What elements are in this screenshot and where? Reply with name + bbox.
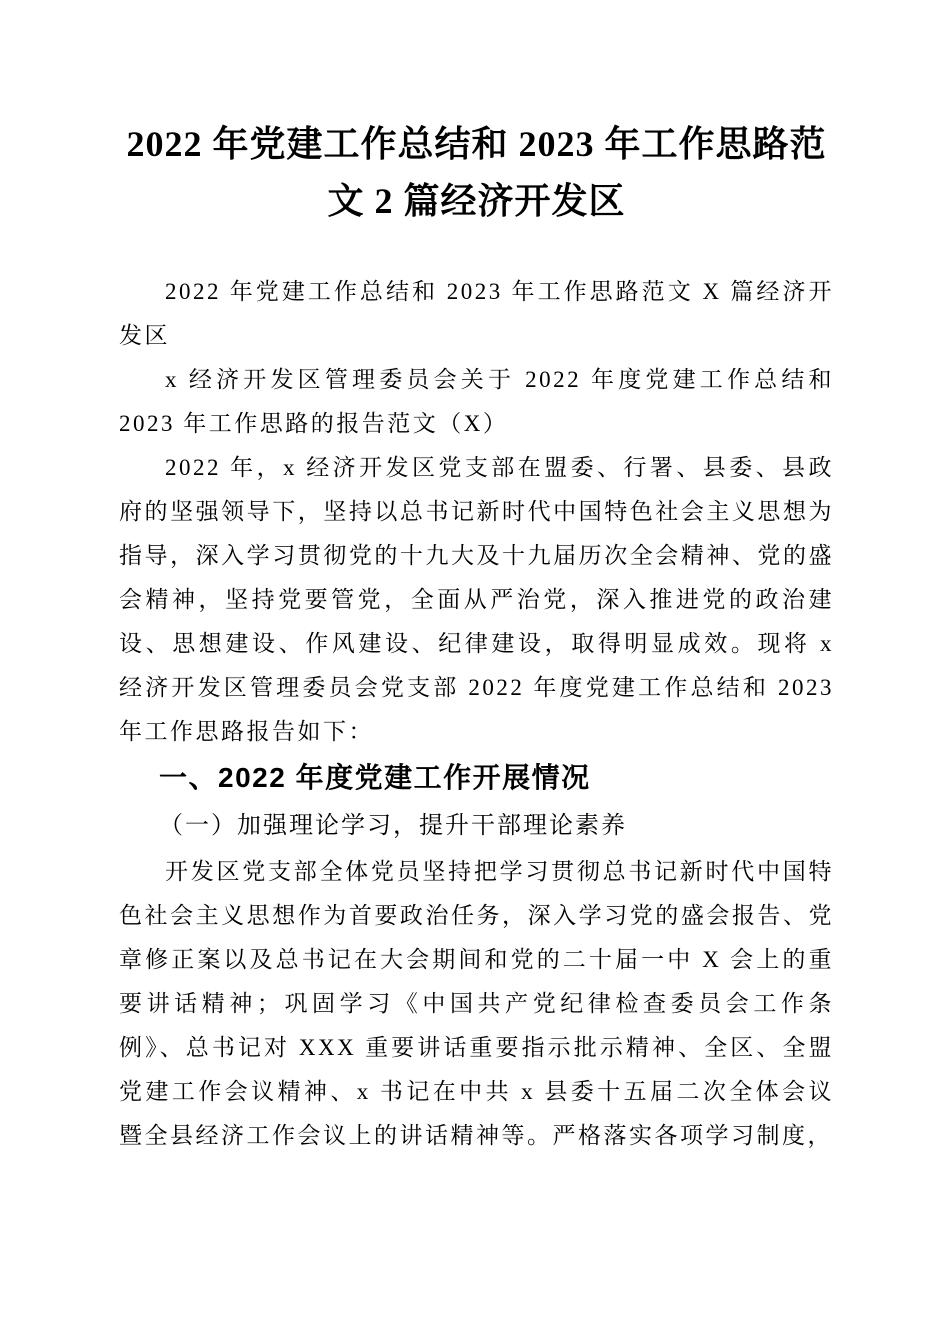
body-paragraph: 开发区党支部全体党员坚持把学习贯彻总书记新时代中国特色社会主义思想作为首要政治任… (119, 850, 834, 1158)
document-content: 2022 年党建工作总结和 2023 年工作思路范文 2 篇经济开发区 2022… (0, 116, 950, 1158)
body-paragraph: x 经济开发区管理委员会关于 2022 年度党建工作总结和 2023 年工作思路… (119, 358, 834, 446)
body-paragraph: 2022 年党建工作总结和 2023 年工作思路范文 X 篇经济开发区 (119, 270, 834, 358)
section-heading: 一、2022 年度党建工作开展情况 (119, 754, 834, 802)
body-paragraph: 2022 年，x 经济开发区党支部在盟委、行署、县委、县政府的坚强领导下，坚持以… (119, 446, 834, 754)
sub-section-heading: （一）加强理论学习，提升干部理论素养 (119, 802, 834, 850)
document-page: 2022 年党建工作总结和 2023 年工作思路范文 2 篇经济开发区 2022… (0, 0, 950, 1344)
document-title: 2022 年党建工作总结和 2023 年工作思路范文 2 篇经济开发区 (123, 116, 830, 230)
